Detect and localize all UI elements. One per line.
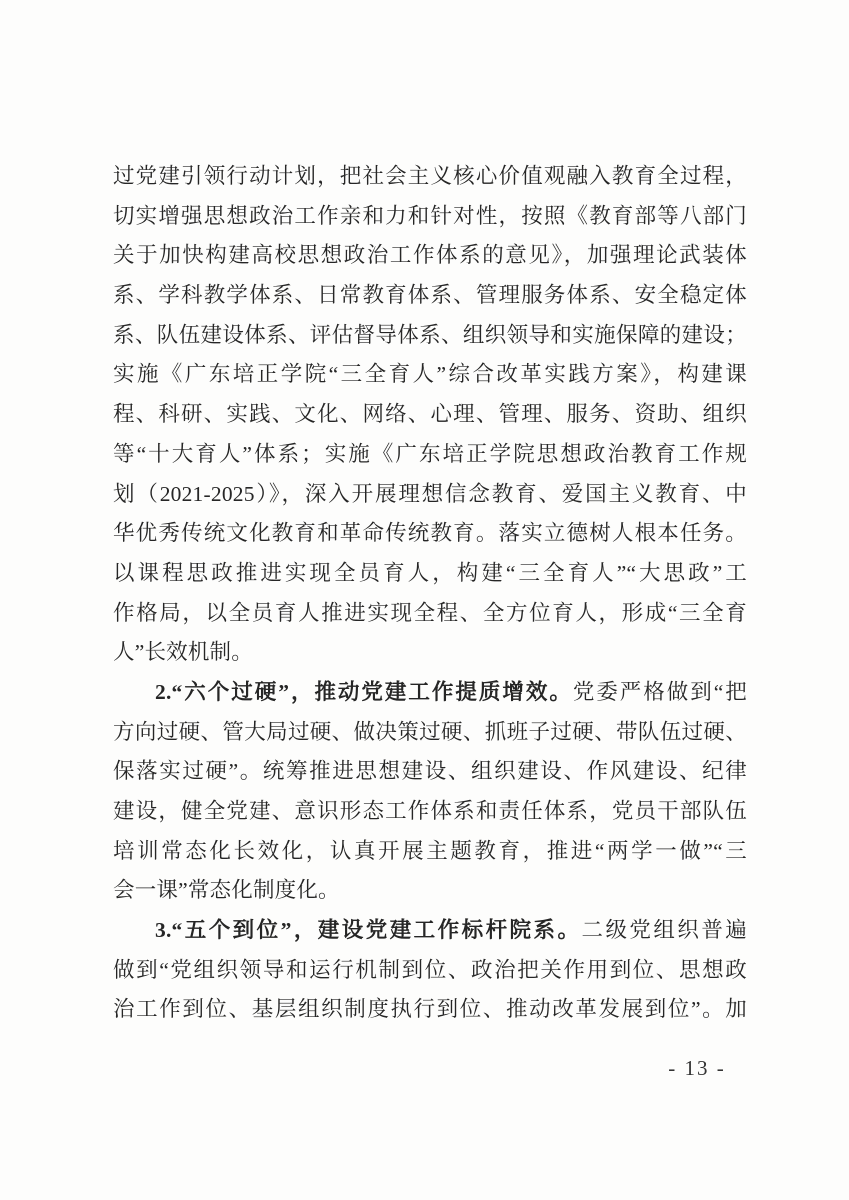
text-line: 以课程思政推进实现全员育人，构建“三全育人”“大思政”工 xyxy=(113,554,747,594)
text-segment: 保落实过硬”。统筹推进思想建设、组织建设、作风建设、纪律 xyxy=(113,759,747,783)
text-line: 程、科研、实践、文化、网络、心理、管理、服务、资助、组织 xyxy=(113,395,747,435)
text-segment: 等“十大育人”体系；实施《广东培正学院思想政治教育工作规 xyxy=(113,442,747,466)
text-line: 划（2021-2025）》，深入开展理想信念教育、爱国主义教育、中 xyxy=(113,475,747,515)
heading-segment: 3.“五个到位”，建设党建工作标杆院系。 xyxy=(155,918,581,942)
text-segment: 关于加快构建高校思想政治工作体系的意见》，加强理论武装体 xyxy=(113,243,747,267)
text-line: 实施《广东培正学院“三全育人”综合改革实践方案》，构建课 xyxy=(113,355,747,395)
text-segment: 系、学科教学体系、日常教育体系、管理服务体系、安全稳定体 xyxy=(113,283,747,307)
text-line: 作格局，以全员育人推进实现全程、全方位育人，形成“三全育 xyxy=(113,594,747,634)
text-segment: 作格局，以全员育人推进实现全程、全方位育人，形成“三全育 xyxy=(113,601,747,625)
text-line: 3.“五个到位”，建设党建工作标杆院系。二级党组织普遍 xyxy=(113,911,747,951)
text-line: 做到“党组织领导和运行机制到位、政治把关作用到位、思想政 xyxy=(113,951,747,991)
text-segment: 做到“党组织领导和运行机制到位、政治把关作用到位、思想政 xyxy=(113,958,747,982)
text-line: 过党建引领行动计划，把社会主义核心价值观融入教育全过程， xyxy=(113,157,747,197)
text-segment: 方向过硬、管大局过硬、做决策过硬、抓班子过硬、带队伍过硬、 xyxy=(113,720,747,744)
text-segment: 程、科研、实践、文化、网络、心理、管理、服务、资助、组织 xyxy=(113,402,747,426)
text-line: 人”长效机制。 xyxy=(113,633,747,673)
text-segment: 治工作到位、基层组织制度执行到位、推动改革发展到位”。加 xyxy=(113,997,747,1021)
text-segment: 系、队伍建设体系、评估督导体系、组织领导和实施保障的建设； xyxy=(113,323,747,347)
text-segment: 人”长效机制。 xyxy=(113,640,253,664)
page-number: - 13 - xyxy=(652,1056,742,1081)
text-segment: 划（2021-2025）》，深入开展理想信念教育、爱国主义教育、中 xyxy=(113,482,747,506)
text-line: 方向过硬、管大局过硬、做决策过硬、抓班子过硬、带队伍过硬、 xyxy=(113,713,747,753)
text-segment: 党委严格做到“把 xyxy=(573,680,747,704)
text-line: 建设，健全党建、意识形态工作体系和责任体系，党员干部队伍 xyxy=(113,792,747,832)
text-segment: 华优秀传统文化教育和革命传统教育。落实立德树人根本任务。 xyxy=(113,521,747,545)
text-segment: 培训常态化长效化，认真开展主题教育，推进“两学一做”“三 xyxy=(113,839,747,863)
text-segment: 实施《广东培正学院“三全育人”综合改革实践方案》，构建课 xyxy=(113,362,747,386)
text-line: 培训常态化长效化，认真开展主题教育，推进“两学一做”“三 xyxy=(113,832,747,872)
text-line: 切实增强思想政治工作亲和力和针对性，按照《教育部等八部门 xyxy=(113,197,747,237)
text-segment: 以课程思政推进实现全员育人，构建“三全育人”“大思政”工 xyxy=(113,561,747,585)
text-block: 过党建引领行动计划，把社会主义核心价值观融入教育全过程，切实增强思想政治工作亲和… xyxy=(113,157,747,1030)
document-page: 过党建引领行动计划，把社会主义核心价值观融入教育全过程，切实增强思想政治工作亲和… xyxy=(0,0,849,1200)
heading-segment: 2.“六个过硬”，推动党建工作提质增效。 xyxy=(155,680,573,704)
text-segment: 会一课”常态化制度化。 xyxy=(113,878,340,902)
text-segment: 过党建引领行动计划，把社会主义核心价值观融入教育全过程， xyxy=(113,164,747,188)
text-line: 等“十大育人”体系；实施《广东培正学院思想政治教育工作规 xyxy=(113,435,747,475)
text-segment: 建设，健全党建、意识形态工作体系和责任体系，党员干部队伍 xyxy=(113,799,747,823)
text-line: 保落实过硬”。统筹推进思想建设、组织建设、作风建设、纪律 xyxy=(113,752,747,792)
text-segment: 切实增强思想政治工作亲和力和针对性，按照《教育部等八部门 xyxy=(113,204,747,228)
text-segment: 二级党组织普遍 xyxy=(581,918,747,942)
text-line: 治工作到位、基层组织制度执行到位、推动改革发展到位”。加 xyxy=(113,990,747,1030)
text-line: 华优秀传统文化教育和革命传统教育。落实立德树人根本任务。 xyxy=(113,514,747,554)
text-line: 会一课”常态化制度化。 xyxy=(113,871,747,911)
text-line: 关于加快构建高校思想政治工作体系的意见》，加强理论武装体 xyxy=(113,236,747,276)
text-line: 2.“六个过硬”，推动党建工作提质增效。党委严格做到“把 xyxy=(113,673,747,713)
text-line: 系、学科教学体系、日常教育体系、管理服务体系、安全稳定体 xyxy=(113,276,747,316)
text-line: 系、队伍建设体系、评估督导体系、组织领导和实施保障的建设； xyxy=(113,316,747,356)
